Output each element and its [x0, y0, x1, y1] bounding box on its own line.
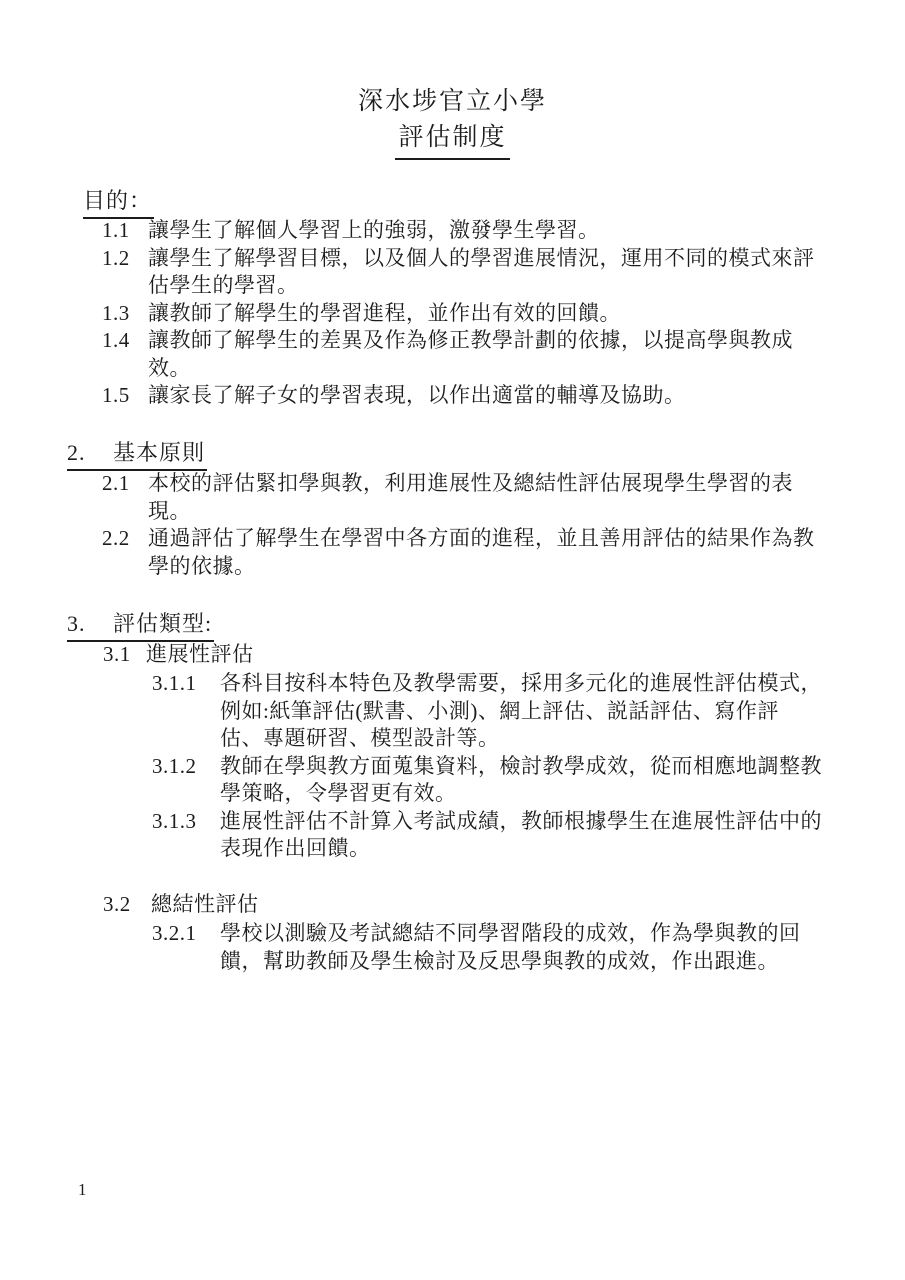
item-number: 1.2 [102, 245, 148, 273]
list-item: 3.1.3 進展性評估不計算入考試成績，教師根據學生在進展性評估中的 表現作出回… [152, 808, 822, 863]
item-number: 1.1 [102, 217, 148, 245]
subsection-label: 進展性評估 [146, 641, 254, 669]
item-text: 各科目按科本特色及教學需要，採用多元化的進展性評估模式， 例如:紙筆評估(默書、… [220, 670, 822, 753]
item-text: 讓學生了解個人學習上的強弱，激發學生學習。 [148, 217, 600, 245]
page-number: 1 [78, 1180, 87, 1200]
list-item: 1.4 讓教師了解學生的差異及作為修正教學計劃的依據，以提高學與教成 效。 [102, 327, 815, 382]
item-number: 3.1.1 [152, 670, 220, 698]
item-text: 讓教師了解學生的學習進程，並作出有效的回饋。 [148, 300, 621, 328]
page-subtitle: 評估制度 [0, 120, 905, 160]
page-title: 深水埗官立小學 [0, 84, 905, 120]
section-number: 2. [67, 440, 113, 466]
item-text: 讓教師了解學生的差異及作為修正教學計劃的依據，以提高學與教成 效。 [148, 327, 793, 382]
item-text: 通過評估了解學生在學習中各方面的進程，並且善用評估的結果作為教 學的依據。 [148, 525, 815, 580]
item-text: 讓學生了解學習目標，以及個人的學習進展情況，運用不同的模式來評 估學生的學習。 [148, 245, 815, 300]
purpose-item-list: 1.1 讓學生了解個人學習上的強弱，激發學生學習。 1.2 讓學生了解學習目標，… [102, 217, 815, 410]
list-item: 1.5 讓家長了解子女的學習表現，以作出適當的輔導及協助。 [102, 382, 815, 410]
section-heading-purpose: 目的： [83, 188, 154, 219]
list-item: 2.2 通過評估了解學生在學習中各方面的進程，並且善用評估的結果作為教 學的依據… [102, 525, 815, 580]
item-text: 進展性評估不計算入考試成績，教師根據學生在進展性評估中的 表現作出回饋。 [220, 808, 822, 863]
section-heading-principles-label: 基本原則 [113, 440, 205, 466]
item-text: 教師在學與教方面蒐集資料，檢討教學成效，從而相應地調整教 學策略，令學習更有效。 [220, 753, 822, 808]
list-item: 3.1.1 各科目按科本特色及教學需要，採用多元化的進展性評估模式， 例如:紙筆… [152, 670, 822, 753]
document-page: 深水埗官立小學 評估制度 目的： 1.1 讓學生了解個人學習上的強弱，激發學生學… [0, 0, 905, 1280]
item-text: 學校以測驗及考試總結不同學習階段的成效，作為學與教的回 饋，幫助教師及學生檢討及… [220, 920, 801, 975]
list-item: 3.1.2 教師在學與教方面蒐集資料，檢討教學成效，從而相應地調整教 學策略，令… [152, 753, 822, 808]
formative-item-list: 3.1.1 各科目按科本特色及教學需要，採用多元化的進展性評估模式， 例如:紙筆… [152, 670, 822, 863]
item-number: 1.4 [102, 327, 148, 355]
subsection-heading-summative: 3.2 總結性評估 [103, 891, 259, 919]
item-number: 3.1.3 [152, 808, 220, 836]
list-item: 3.2.1 學校以測驗及考試總結不同學習階段的成效，作為學與教的回 饋，幫助教師… [152, 920, 801, 975]
item-number: 3.2.1 [152, 920, 220, 948]
item-number: 2.1 [102, 470, 148, 498]
subsection-number: 3.1 [103, 641, 146, 669]
section-heading-types-label: 評估類型: [113, 611, 212, 637]
item-number: 1.3 [102, 300, 148, 328]
list-item: 1.2 讓學生了解學習目標，以及個人的學習進展情況，運用不同的模式來評 估學生的… [102, 245, 815, 300]
item-text: 讓家長了解子女的學習表現，以作出適當的輔導及協助。 [148, 382, 686, 410]
section-number: 3. [67, 611, 113, 637]
subsection-label: 總結性評估 [151, 891, 259, 919]
section-heading-types: 3. 評估類型: [67, 611, 214, 642]
title-block: 深水埗官立小學 評估制度 [0, 84, 905, 160]
item-number: 1.5 [102, 382, 148, 410]
item-number: 2.2 [102, 525, 148, 553]
list-item: 1.1 讓學生了解個人學習上的強弱，激發學生學習。 [102, 217, 815, 245]
summative-item-list: 3.2.1 學校以測驗及考試總結不同學習階段的成效，作為學與教的回 饋，幫助教師… [152, 920, 801, 975]
page-subtitle-text: 評估制度 [395, 120, 509, 160]
section-heading-purpose-label: 目的： [83, 188, 152, 214]
subsection-number: 3.2 [103, 891, 151, 919]
section-heading-principles: 2. 基本原則 [67, 440, 207, 471]
list-item: 2.1 本校的評估緊扣學與教，利用進展性及總結性評估展現學生學習的表 現。 [102, 470, 815, 525]
list-item: 1.3 讓教師了解學生的學習進程，並作出有效的回饋。 [102, 300, 815, 328]
subsection-heading-formative: 3.1 進展性評估 [103, 641, 254, 669]
item-number: 3.1.2 [152, 753, 220, 781]
item-text: 本校的評估緊扣學與教，利用進展性及總結性評估展現學生學習的表 現。 [148, 470, 793, 525]
principles-item-list: 2.1 本校的評估緊扣學與教，利用進展性及總結性評估展現學生學習的表 現。 2.… [102, 470, 815, 580]
